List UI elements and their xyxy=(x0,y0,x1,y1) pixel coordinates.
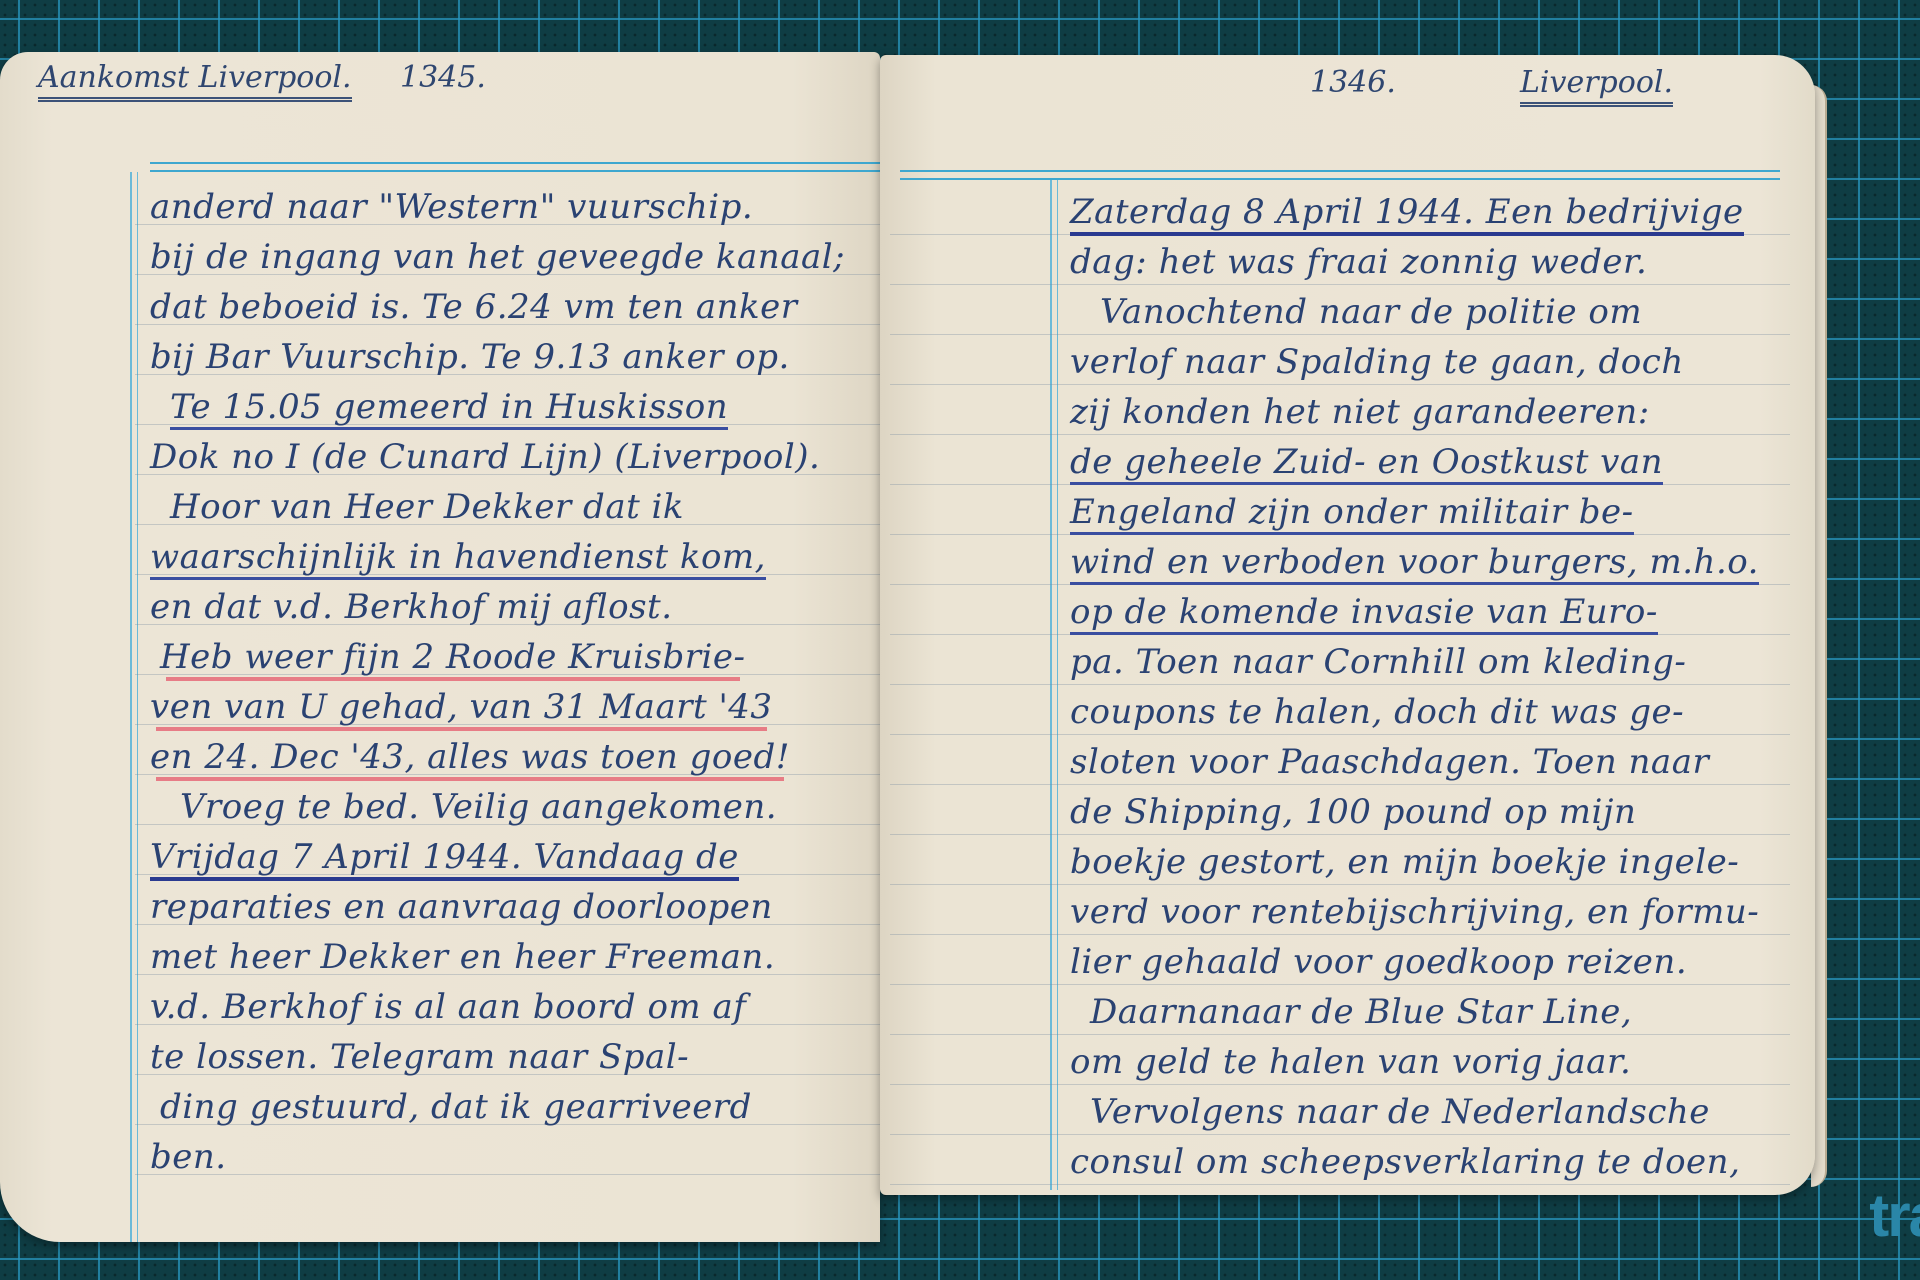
text-line: lier gehaald voor goedkoop reizen. xyxy=(1070,937,1790,987)
text-line: dat beboeid is. Te 6.24 vm ten anker xyxy=(150,282,870,332)
line-text: wind en verboden voor burgers, m.h.o. xyxy=(1070,542,1759,585)
line-text: en 24. Dec '43, alles was toen goed! xyxy=(150,737,790,777)
text-line: Vanochtend naar de politie om xyxy=(1070,287,1790,337)
text-line: Te 15.05 gemeerd in Huskisson xyxy=(150,382,870,432)
line-text: boekje gestort, en mijn boekje ingele- xyxy=(1070,842,1739,882)
text-line: reparaties en aanvraag doorloopen xyxy=(150,882,870,932)
text-line: bij Bar Vuurschip. Te 9.13 anker op. xyxy=(150,332,870,382)
text-line: zij konden het niet garandeeren: xyxy=(1070,387,1790,437)
text-line: v.d. Berkhof is al aan boord om af xyxy=(150,982,870,1032)
line-text: Hoor van Heer Dekker dat ik xyxy=(170,487,684,527)
line-text: Vanochtend naar de politie om xyxy=(1100,292,1642,332)
line-text: de Shipping, 100 pound op mijn xyxy=(1070,792,1636,832)
line-text: anderd naar "Western" vuurschip. xyxy=(150,187,753,227)
left-page-number: 1345. xyxy=(400,60,486,95)
text-line: pa. Toen naar Cornhill om kleding- xyxy=(1070,637,1790,687)
right-top-rule xyxy=(900,170,1780,180)
text-line: Vrijdag 7 April 1944. Vandaag de xyxy=(150,832,870,882)
line-text: Engeland zijn onder militair be- xyxy=(1070,492,1634,535)
line-text: reparaties en aanvraag doorloopen xyxy=(150,887,773,927)
left-page-heading: Aankomst Liverpool. xyxy=(38,60,352,95)
right-page-heading: Liverpool. xyxy=(1520,65,1673,100)
text-line: boekje gestort, en mijn boekje ingele- xyxy=(1070,837,1790,887)
line-text: op de komende invasie van Euro- xyxy=(1070,592,1658,635)
text-line: sloten voor Paaschdagen. Toen naar xyxy=(1070,737,1790,787)
line-text: Te 15.05 gemeerd in Huskisson xyxy=(170,387,728,430)
line-text: en dat v.d. Berkhof mij aflost. xyxy=(150,587,673,627)
entry-date-line: Zaterdag 8 April 1944. Een bedrijvige xyxy=(1070,192,1744,236)
line-text: te lossen. Telegram naar Spal- xyxy=(150,1037,689,1077)
text-line: Engeland zijn onder militair be- xyxy=(1070,487,1790,537)
left-page: Aankomst Liverpool. 1345. anderd naar "W… xyxy=(0,52,880,1242)
right-page-text: Zaterdag 8 April 1944. Een bedrijvige da… xyxy=(1070,187,1790,1187)
line-text: Vervolgens naar de Nederlandsche xyxy=(1090,1092,1710,1132)
line-text: waarschijnlijk in havendienst kom, xyxy=(150,537,766,580)
right-heading-title: Liverpool. xyxy=(1520,65,1673,107)
text-line: Hoor van Heer Dekker dat ik xyxy=(150,482,870,532)
text-line: Dok no I (de Cunard Lijn) (Liverpool). xyxy=(150,432,870,482)
line-text: ven van U gehad, van 31 Maart '43 xyxy=(150,687,773,727)
text-line: consul om scheepsverklaring te doen, xyxy=(1070,1137,1790,1187)
line-text: ding gestuurd, dat ik gearriveerd xyxy=(160,1087,752,1127)
text-line: verlof naar Spalding te gaan, doch xyxy=(1070,337,1790,387)
text-line: Daarnanaar de Blue Star Line, xyxy=(1070,987,1790,1037)
line-text: coupons te halen, doch dit was ge- xyxy=(1070,692,1684,732)
line-text: met heer Dekker en heer Freeman. xyxy=(150,937,775,977)
text-line: Zaterdag 8 April 1944. Een bedrijvige xyxy=(1070,187,1790,237)
line-text: zij konden het niet garandeeren: xyxy=(1070,392,1650,432)
line-text: bij de ingang van het geveegde kanaal; xyxy=(150,237,845,277)
text-line: op de komende invasie van Euro- xyxy=(1070,587,1790,637)
right-page: 1346. Liverpool. Zaterdag 8 April 1944. … xyxy=(880,55,1815,1195)
line-text: consul om scheepsverklaring te doen, xyxy=(1070,1142,1740,1182)
line-text: lier gehaald voor goedkoop reizen. xyxy=(1070,942,1687,982)
line-text: verlof naar Spalding te gaan, doch xyxy=(1070,342,1684,382)
text-line: om geld te halen van vorig jaar. xyxy=(1070,1037,1790,1087)
line-text: de geheele Zuid- en Oostkust van xyxy=(1070,442,1663,485)
line-text: Dok no I (de Cunard Lijn) (Liverpool). xyxy=(150,437,820,477)
text-line: waarschijnlijk in havendienst kom, xyxy=(150,532,870,582)
left-page-text: anderd naar "Western" vuurschip. bij de … xyxy=(150,182,870,1182)
line-text: sloten voor Paaschdagen. Toen naar xyxy=(1070,742,1709,782)
text-line: ding gestuurd, dat ik gearriveerd xyxy=(150,1082,870,1132)
watermark-logo: tra xyxy=(1869,1181,1920,1250)
line-text: Vroeg te bed. Veilig aangekomen. xyxy=(180,787,777,827)
text-line: met heer Dekker en heer Freeman. xyxy=(150,932,870,982)
left-top-rule xyxy=(150,162,880,172)
text-line: coupons te halen, doch dit was ge- xyxy=(1070,687,1790,737)
line-text: dat beboeid is. Te 6.24 vm ten anker xyxy=(150,287,798,327)
line-text: dag: het was fraai zonnig weder. xyxy=(1070,242,1647,282)
text-line: de geheele Zuid- en Oostkust van xyxy=(1070,437,1790,487)
text-line: en dat v.d. Berkhof mij aflost. xyxy=(150,582,870,632)
text-line: te lossen. Telegram naar Spal- xyxy=(150,1032,870,1082)
line-text: Daarnanaar de Blue Star Line, xyxy=(1090,992,1632,1032)
text-line: ven van U gehad, van 31 Maart '43 xyxy=(150,682,870,732)
text-line: verd voor rentebijschrijving, en formu- xyxy=(1070,887,1790,937)
right-page-number: 1346. xyxy=(1310,65,1396,100)
text-line: anderd naar "Western" vuurschip. xyxy=(150,182,870,232)
line-text: Heb weer fijn 2 Roode Kruisbrie- xyxy=(160,637,746,677)
text-line: ben. xyxy=(150,1132,870,1182)
left-heading-title: Aankomst Liverpool. xyxy=(38,60,352,102)
text-line: Heb weer fijn 2 Roode Kruisbrie- xyxy=(150,632,870,682)
line-text: ben. xyxy=(150,1137,227,1177)
text-line: Vervolgens naar de Nederlandsche xyxy=(1070,1087,1790,1137)
text-line: bij de ingang van het geveegde kanaal; xyxy=(150,232,870,282)
text-line: en 24. Dec '43, alles was toen goed! xyxy=(150,732,870,782)
text-line: de Shipping, 100 pound op mijn xyxy=(1070,787,1790,837)
text-line: dag: het was fraai zonnig weder. xyxy=(1070,237,1790,287)
text-line: wind en verboden voor burgers, m.h.o. xyxy=(1070,537,1790,587)
line-text: om geld te halen van vorig jaar. xyxy=(1070,1042,1631,1082)
entry-date-line: Vrijdag 7 April 1944. Vandaag de xyxy=(150,837,739,881)
line-text: pa. Toen naar Cornhill om kleding- xyxy=(1070,642,1686,682)
line-text: bij Bar Vuurschip. Te 9.13 anker op. xyxy=(150,337,790,377)
line-text: v.d. Berkhof is al aan boord om af xyxy=(150,987,746,1027)
line-text: verd voor rentebijschrijving, en formu- xyxy=(1070,892,1759,932)
text-line: Vroeg te bed. Veilig aangekomen. xyxy=(150,782,870,832)
